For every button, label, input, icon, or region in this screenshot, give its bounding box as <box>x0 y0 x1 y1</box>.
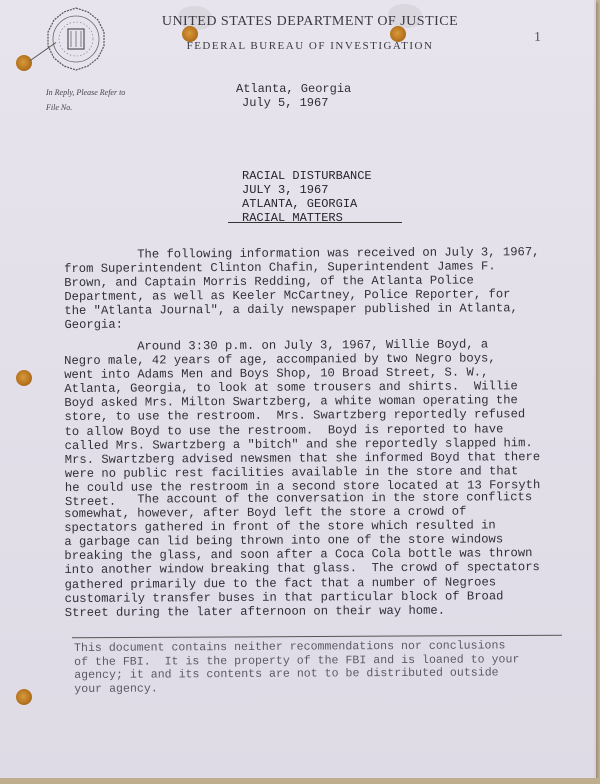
reply-line: In Reply, Please Refer to <box>46 85 125 100</box>
subject-line-3: ATLANTA, GEORGIA <box>242 197 372 211</box>
desk-surface <box>0 778 600 784</box>
department-heading: UNITED STATES DEPARTMENT OF JUSTICE <box>160 14 460 30</box>
footer-divider <box>72 635 562 639</box>
fbi-seal-icon <box>46 6 106 72</box>
page-number: 1 <box>534 30 541 46</box>
reply-reference: In Reply, Please Refer to File No. <box>46 85 125 115</box>
disclaimer-footer: This document contains neither recommend… <box>74 639 574 696</box>
punch-hole <box>16 689 32 705</box>
location: Atlanta, Georgia <box>236 82 351 96</box>
paragraph-2: Around 3:30 p.m. on July 3, 1967, Willie… <box>64 337 565 509</box>
location-date-block: Atlanta, Georgia July 5, 1967 <box>236 82 351 110</box>
paragraph-3: The account of the conversation in the s… <box>64 490 565 620</box>
subject-line-2: JULY 3, 1967 <box>242 183 372 197</box>
subject-underline <box>228 222 402 223</box>
paragraph-1: The following information was received o… <box>64 245 565 333</box>
subject-block: RACIAL DISTURBANCE JULY 3, 1967 ATLANTA,… <box>242 169 372 225</box>
subject-line-1: RACIAL DISTURBANCE <box>242 169 372 183</box>
date: July 5, 1967 <box>236 96 351 110</box>
punch-hole <box>16 55 32 71</box>
punch-hole <box>16 370 32 386</box>
bureau-heading: FEDERAL BUREAU OF INVESTIGATION <box>160 40 460 52</box>
document-page: UNITED STATES DEPARTMENT OF JUSTICE FEDE… <box>0 0 596 781</box>
file-number-label: File No. <box>46 100 125 115</box>
